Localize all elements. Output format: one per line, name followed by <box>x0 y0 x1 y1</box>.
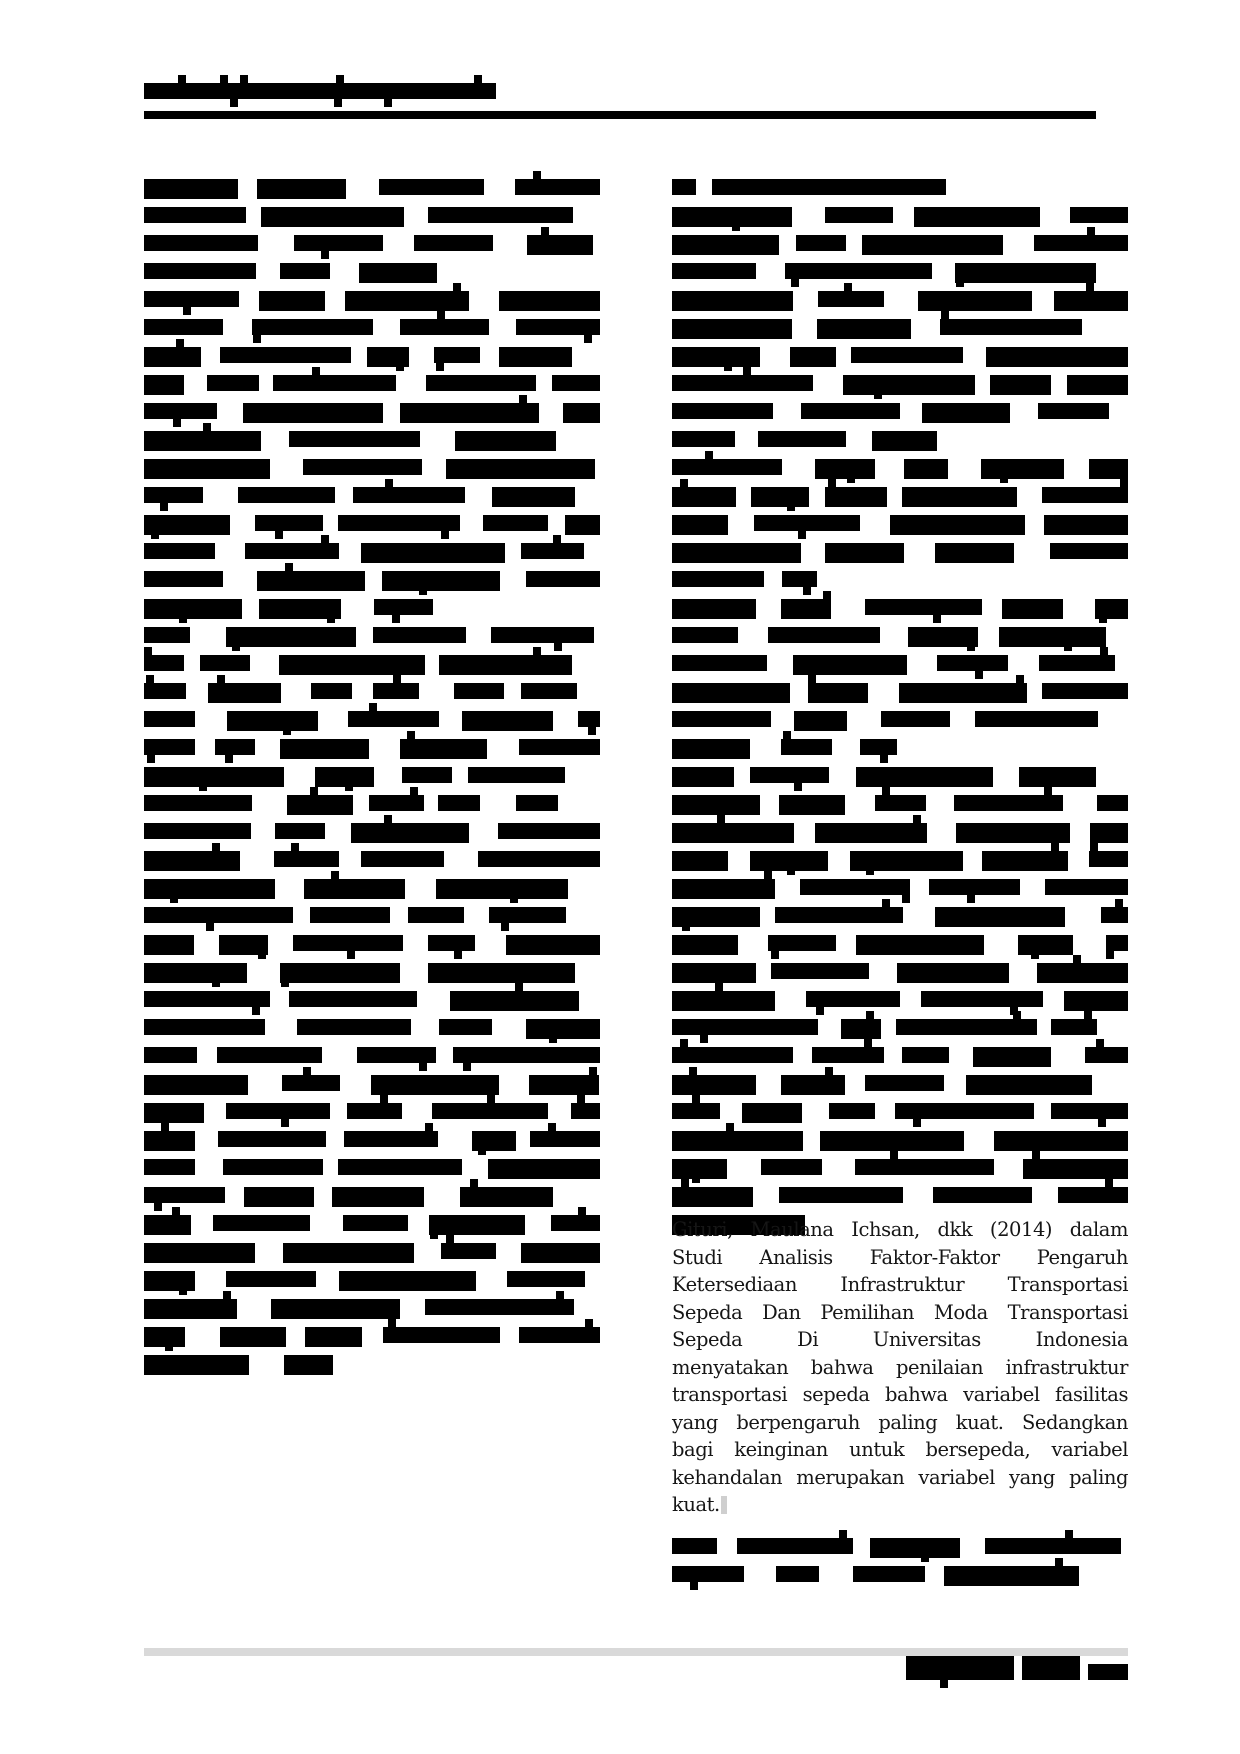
paragraph-line-last: kuat. <box>672 1491 1128 1519</box>
redacted-line <box>672 876 1128 901</box>
redacted-line <box>672 596 1128 621</box>
redacted-line <box>672 848 1128 873</box>
redacted-line <box>144 232 600 257</box>
redacted-line <box>144 1240 600 1265</box>
redacted-line <box>144 680 600 705</box>
document-page: Gituri, Maulana Ichsan, dkk (2014) dalam… <box>0 0 1240 1754</box>
redacted-line <box>144 1072 600 1097</box>
paragraph-line: menyatakan bahwa penilaian infrastruktur <box>672 1354 1128 1382</box>
redacted-line <box>672 344 1128 369</box>
redacted-line <box>672 736 1128 761</box>
right-column-redacted-text <box>672 176 1128 1240</box>
redacted-line <box>672 932 1128 957</box>
redacted-line <box>672 1100 1128 1125</box>
paragraph-line: transportasi sepeda bahwa variabel fasil… <box>672 1381 1128 1409</box>
redacted-line <box>672 764 1128 789</box>
redacted-line <box>144 848 600 873</box>
paragraph-line: Gituri, Maulana Ichsan, dkk (2014) dalam <box>672 1216 1128 1244</box>
paragraph-line-text: kuat. <box>672 1493 720 1516</box>
redacted-line <box>144 1100 600 1125</box>
redacted-line <box>144 904 600 929</box>
paragraph-end-mark <box>721 1496 727 1514</box>
redacted-line <box>144 1212 600 1237</box>
redacted-line <box>144 932 600 957</box>
redacted-line <box>672 624 1128 649</box>
redacted-line <box>672 1072 1128 1097</box>
page-label-redacted <box>906 1656 1128 1688</box>
redacted-line <box>144 372 600 397</box>
redacted-line <box>144 484 600 509</box>
redacted-line <box>672 1128 1128 1153</box>
redacted-line <box>144 204 600 229</box>
redacted-line <box>672 1535 1128 1560</box>
redacted-line <box>672 1156 1128 1181</box>
redacted-line <box>672 400 1128 425</box>
running-title-redacted <box>144 79 504 103</box>
redacted-line <box>672 540 1128 565</box>
redacted-line <box>672 904 1128 929</box>
redacted-line <box>144 512 600 537</box>
redacted-line <box>144 596 600 621</box>
redacted-line <box>144 176 600 201</box>
paragraph-line: Ketersediaan Infrastruktur Transportasi <box>672 1271 1128 1299</box>
redacted-line <box>144 400 600 425</box>
redacted-line <box>672 1563 1128 1588</box>
redacted-line <box>144 1128 600 1153</box>
redacted-line <box>144 960 600 985</box>
redacted-line <box>144 1268 600 1293</box>
redacted-line <box>144 1156 600 1181</box>
redacted-line <box>672 680 1128 705</box>
redacted-line <box>144 736 600 761</box>
redacted-line <box>144 708 600 733</box>
redacted-line <box>672 820 1128 845</box>
redacted-line <box>144 876 600 901</box>
redacted-line <box>144 316 600 341</box>
redacted-line <box>672 708 1128 733</box>
redacted-line <box>672 568 1128 593</box>
redacted-line <box>672 288 1128 313</box>
redacted-line <box>672 428 1128 453</box>
redacted-line <box>672 260 1128 285</box>
redacted-line <box>144 428 600 453</box>
redacted-line <box>144 1016 600 1041</box>
redacted-line <box>672 960 1128 985</box>
redacted-line <box>144 260 600 285</box>
redacted-line <box>144 1352 600 1377</box>
redacted-line <box>672 512 1128 537</box>
redacted-line <box>672 652 1128 677</box>
paragraph-line: Studi Analisis Faktor-Faktor Pengaruh <box>672 1244 1128 1272</box>
header-rule <box>144 111 1096 119</box>
section-heading-redacted <box>672 176 1128 201</box>
paragraph-line: Sepeda Dan Pemilihan Moda Transportasi <box>672 1299 1128 1327</box>
paragraph-line: kehandalan merupakan variabel yang palin… <box>672 1464 1128 1492</box>
redacted-line <box>672 484 1128 509</box>
redacted-line <box>144 820 600 845</box>
redacted-line <box>144 764 600 789</box>
left-column-redacted-text <box>144 176 600 1380</box>
redacted-line <box>144 792 600 817</box>
paragraph-line: Sepeda Di Universitas Indonesia <box>672 1326 1128 1354</box>
redacted-line <box>672 204 1128 229</box>
redacted-line <box>144 344 600 369</box>
redacted-line <box>672 988 1128 1013</box>
paragraph-line: bagi keinginan untuk bersepeda, variabel <box>672 1436 1128 1464</box>
paragraph-line: yang berpengaruh paling kuat. Sedangkan <box>672 1409 1128 1437</box>
redacted-line <box>144 1296 600 1321</box>
redacted-line <box>144 652 600 677</box>
footer-rule <box>144 1648 1128 1656</box>
redacted-line <box>672 316 1128 341</box>
redacted-line <box>144 624 600 649</box>
redacted-line <box>144 540 600 565</box>
redacted-line <box>144 1044 600 1069</box>
redacted-line <box>144 288 600 313</box>
right-column-bottom-redacted-text <box>672 1535 1128 1591</box>
redacted-line <box>672 372 1128 397</box>
redacted-line <box>672 456 1128 481</box>
redacted-line <box>672 1184 1128 1209</box>
redacted-line <box>144 456 600 481</box>
readable-paragraph: Gituri, Maulana Ichsan, dkk (2014) dalam… <box>672 1216 1128 1519</box>
redacted-line <box>144 1184 600 1209</box>
redacted-line <box>672 792 1128 817</box>
redacted-line <box>144 1324 600 1349</box>
redacted-line <box>144 988 600 1013</box>
redacted-line <box>672 1016 1128 1041</box>
redacted-line <box>672 1044 1128 1069</box>
redacted-line <box>672 232 1128 257</box>
redacted-line <box>144 568 600 593</box>
